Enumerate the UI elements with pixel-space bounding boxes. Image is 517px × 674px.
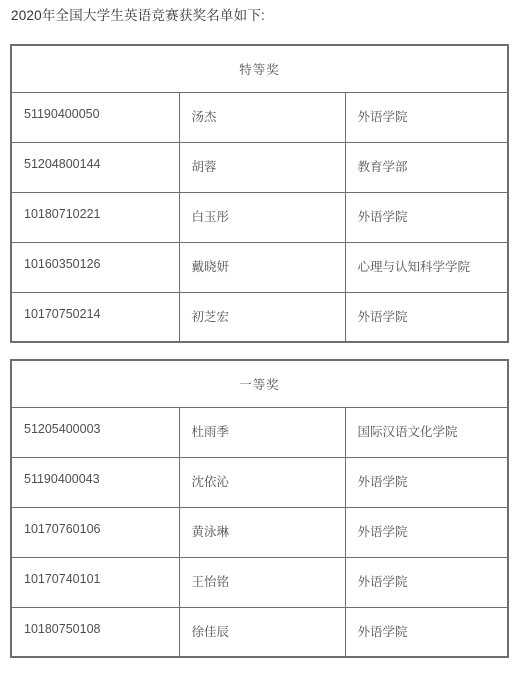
cell-student-name: 黄泳琳 [179, 507, 345, 557]
cell-college: 外语学院 [345, 192, 508, 242]
cell-college: 心理与认知科学学院 [345, 242, 508, 292]
cell-college: 外语学院 [345, 507, 508, 557]
table-header-cell: 特等奖 [11, 45, 508, 92]
table-row: 51204800144胡蓉教育学部 [11, 142, 508, 192]
cell-student-id: 10170760106 [11, 507, 179, 557]
cell-student-id: 51205400003 [11, 407, 179, 457]
table-header-cell: 一等奖 [11, 360, 508, 407]
cell-student-name: 汤杰 [179, 92, 345, 142]
table-row: 51205400003杜雨季国际汉语文化学院 [11, 407, 508, 457]
cell-student-id: 51204800144 [11, 142, 179, 192]
award-table-special-prize: 特等奖 51190400050汤杰外语学院51204800144胡蓉教育学部10… [10, 44, 509, 343]
cell-student-name: 戴晓妍 [179, 242, 345, 292]
cell-student-name: 王怡铭 [179, 557, 345, 607]
cell-student-id: 10160350126 [11, 242, 179, 292]
cell-student-id: 51190400043 [11, 457, 179, 507]
table-header-row: 特等奖 [11, 45, 508, 92]
table-row: 10170760106黄泳琳外语学院 [11, 507, 508, 557]
table-row: 10180750108徐佳辰外语学院 [11, 607, 508, 657]
document-page: 2020年全国大学生英语竞赛获奖名单如下: 特等奖 51190400050汤杰外… [0, 0, 517, 674]
cell-college: 外语学院 [345, 92, 508, 142]
table-row: 10160350126戴晓妍心理与认知科学学院 [11, 242, 508, 292]
cell-college: 外语学院 [345, 607, 508, 657]
cell-student-name: 沈依沁 [179, 457, 345, 507]
cell-college: 外语学院 [345, 557, 508, 607]
cell-student-id: 10170740101 [11, 557, 179, 607]
cell-student-name: 杜雨季 [179, 407, 345, 457]
page-title: 2020年全国大学生英语竞赛获奖名单如下: [11, 8, 507, 23]
cell-college: 外语学院 [345, 292, 508, 342]
table-header-row: 一等奖 [11, 360, 508, 407]
table-row: 10170750214初芝宏外语学院 [11, 292, 508, 342]
cell-student-name: 初芝宏 [179, 292, 345, 342]
cell-college: 教育学部 [345, 142, 508, 192]
cell-student-name: 徐佳辰 [179, 607, 345, 657]
table-row: 10180710221白玉彤外语学院 [11, 192, 508, 242]
cell-student-name: 胡蓉 [179, 142, 345, 192]
cell-student-id: 10180750108 [11, 607, 179, 657]
cell-college: 国际汉语文化学院 [345, 407, 508, 457]
table-row: 51190400043沈依沁外语学院 [11, 457, 508, 507]
award-table-first-prize: 一等奖 51205400003杜雨季国际汉语文化学院51190400043沈依沁… [10, 359, 509, 658]
table-row: 51190400050汤杰外语学院 [11, 92, 508, 142]
cell-student-id: 10170750214 [11, 292, 179, 342]
cell-student-id: 10180710221 [11, 192, 179, 242]
cell-student-id: 51190400050 [11, 92, 179, 142]
table-row: 10170740101王怡铭外语学院 [11, 557, 508, 607]
cell-student-name: 白玉彤 [179, 192, 345, 242]
cell-college: 外语学院 [345, 457, 508, 507]
